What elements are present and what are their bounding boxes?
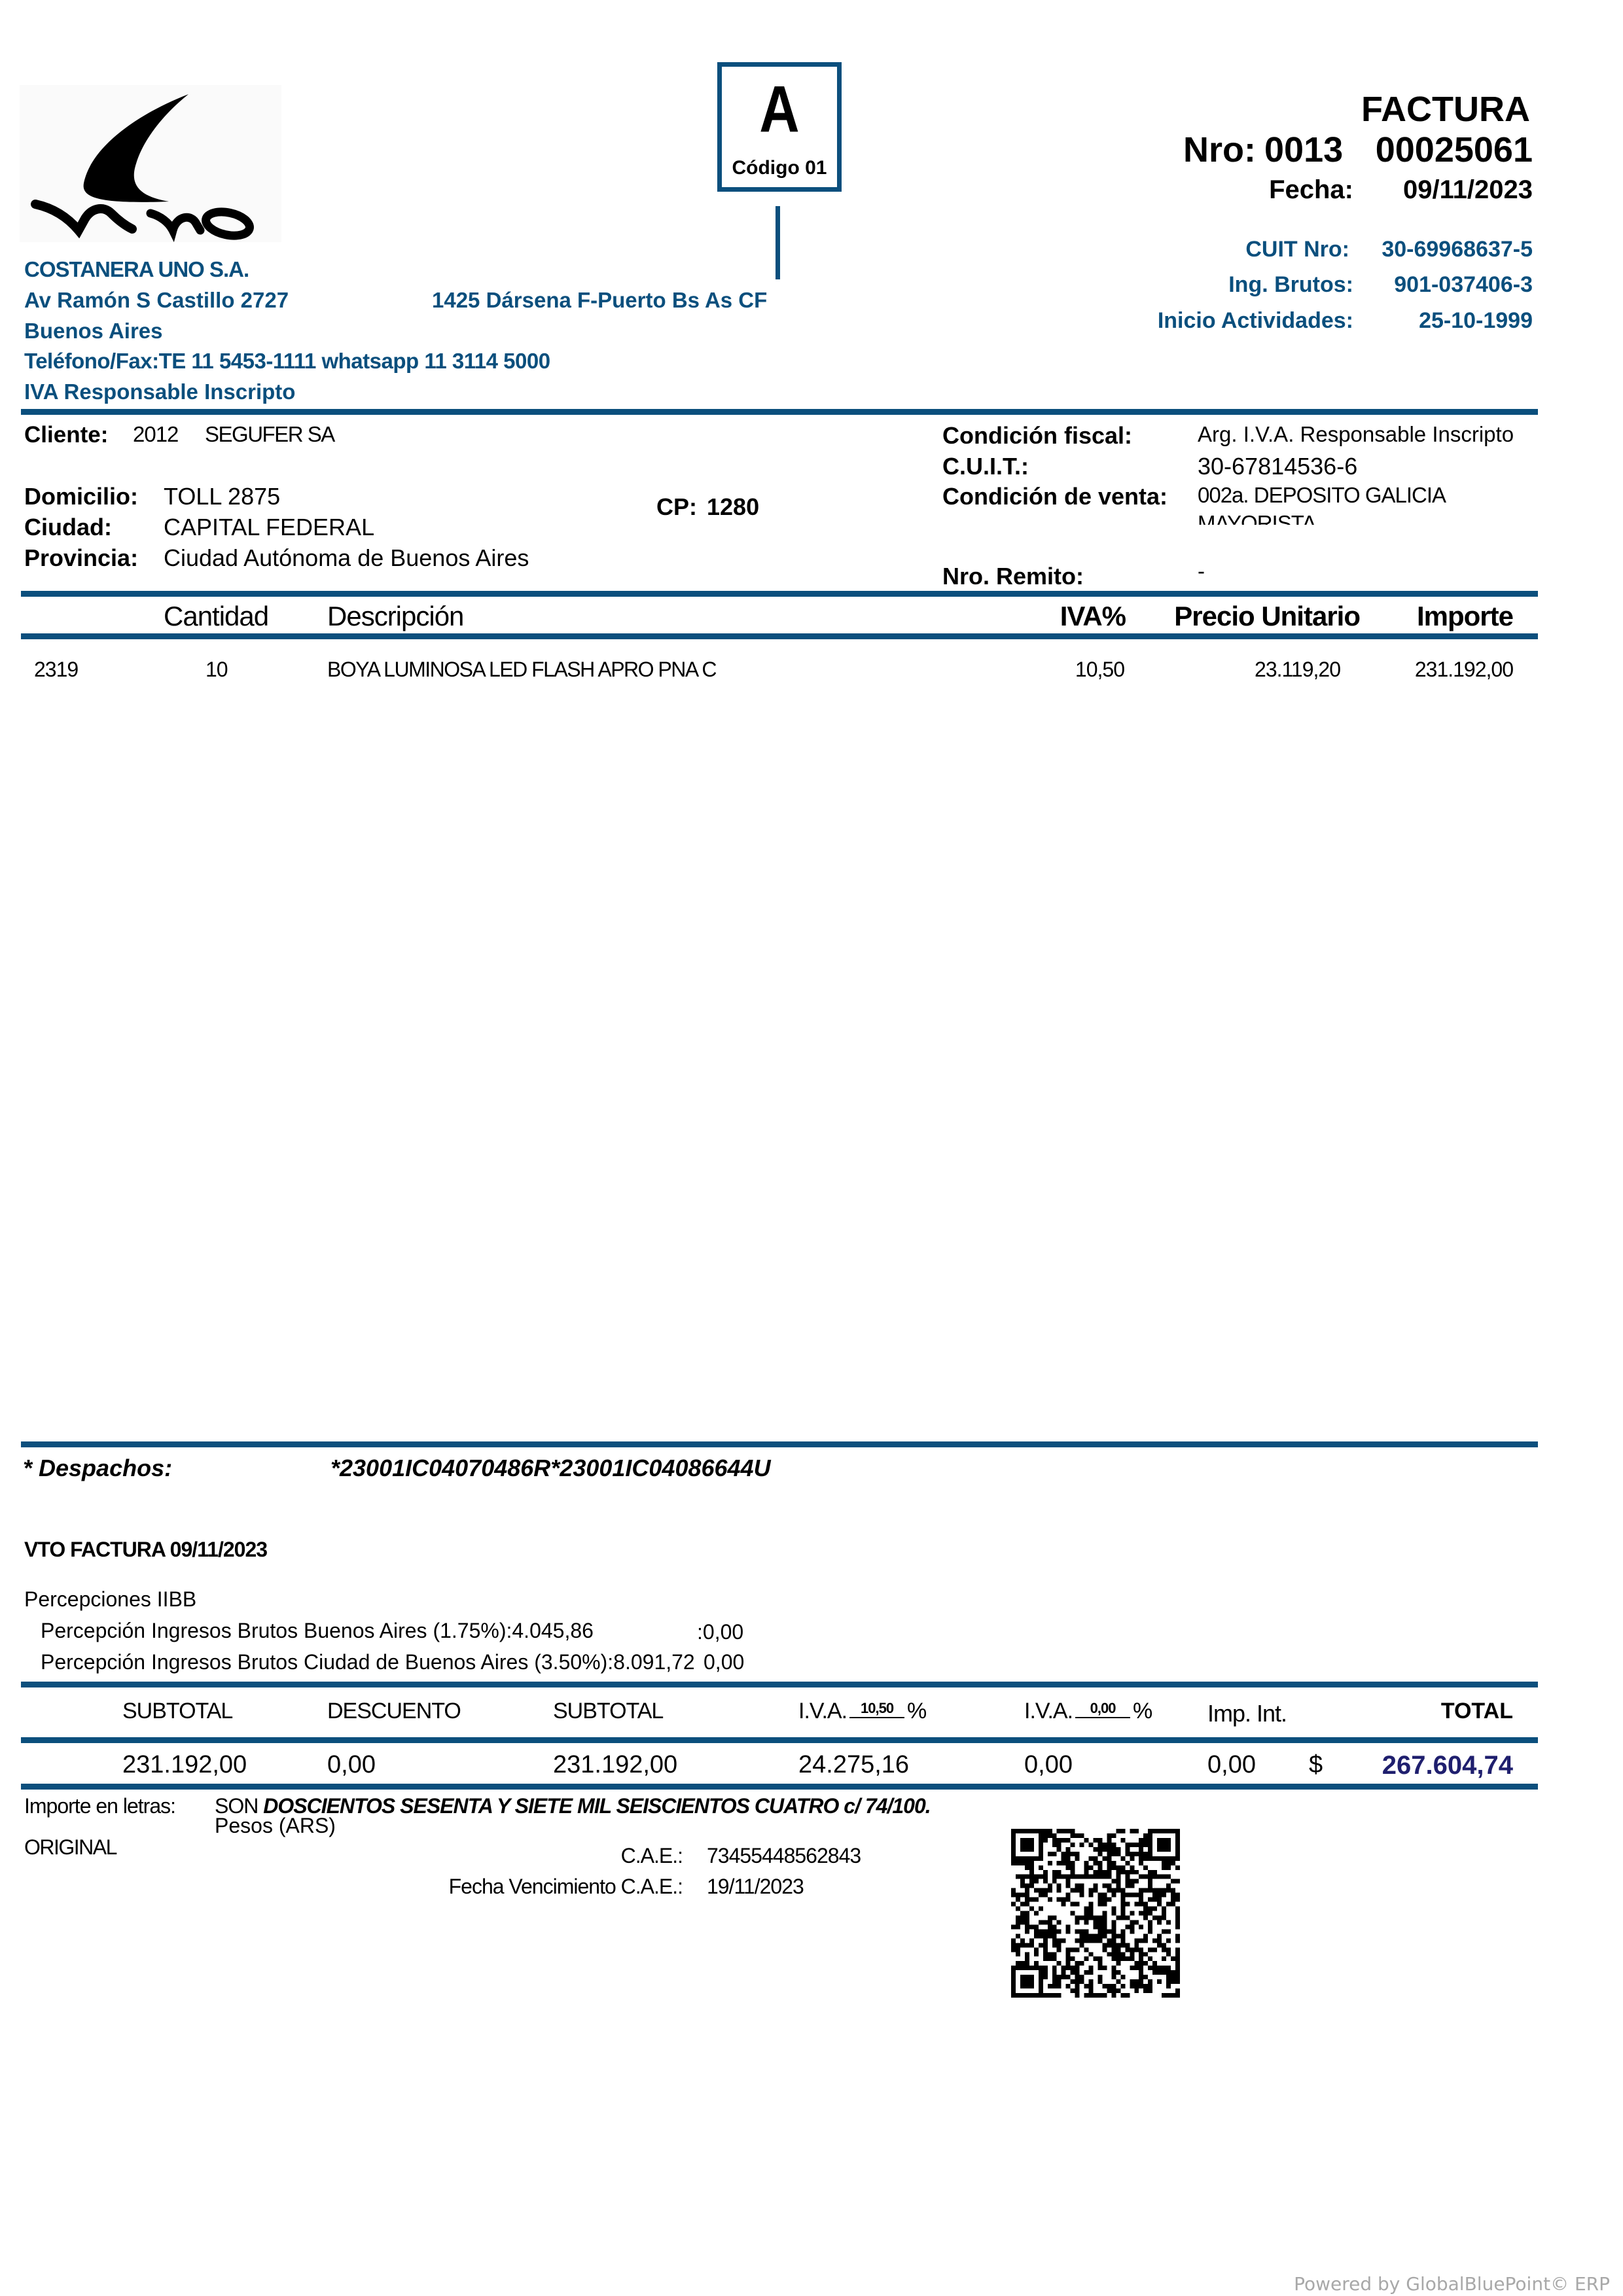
- invoice-date: 09/11/2023: [1403, 175, 1533, 205]
- col-description: Descripción: [327, 601, 463, 632]
- invoice-letter-code: Código 01: [722, 157, 837, 179]
- issuer-iibb: 901-037406-3: [1394, 272, 1533, 298]
- subtotal-value: 231.192,00: [122, 1751, 247, 1779]
- remito-value: -: [1198, 559, 1205, 584]
- total-header: TOTAL: [1441, 1699, 1513, 1724]
- copy-type: ORIGINAL: [24, 1835, 116, 1860]
- client-city: CAPITAL FEDERAL: [164, 514, 374, 541]
- issuer-name: COSTANERA UNO S.A.: [24, 257, 249, 282]
- divider-bar: [21, 591, 1538, 597]
- issuer-tax-condition: IVA Responsable Inscripto: [24, 380, 295, 404]
- issuer-cuit: 30-69968637-5: [1382, 237, 1533, 262]
- powered-by-footer: Powered by GlobalBluePoint© ERP: [1294, 2273, 1610, 2295]
- divider-bar: [21, 1737, 1538, 1743]
- client-cuit-label: C.U.I.T.:: [942, 453, 1029, 480]
- client-cp-label: CP:: [656, 493, 697, 521]
- client-city-label: Ciudad:: [24, 514, 112, 541]
- sale-condition: 002a. DEPOSITO GALICIA: [1198, 483, 1446, 508]
- divider-bar: [21, 1682, 1538, 1687]
- col-amount: Importe: [1417, 601, 1513, 632]
- client-cp: 1280: [707, 493, 759, 521]
- divider-bar: [21, 1441, 1538, 1447]
- sale-condition-label: Condición de venta:: [942, 483, 1168, 510]
- subtotal2-header: SUBTOTAL: [553, 1699, 663, 1724]
- client-code: 2012: [133, 422, 178, 447]
- iva2-percent: %: [1133, 1699, 1152, 1723]
- cae-due-label: Fecha Vencimiento C.A.E.:: [449, 1875, 683, 1899]
- invoice-number: 00025061: [1376, 130, 1533, 170]
- item-iva: 10,50: [1075, 658, 1124, 682]
- col-unit-price: Precio Unitario: [1174, 601, 1360, 632]
- divider-bar: [21, 1784, 1538, 1790]
- company-logo-icon: [20, 85, 281, 242]
- perceptions-title: Percepciones IIBB: [24, 1587, 196, 1612]
- discount-value: 0,00: [327, 1751, 376, 1779]
- iva2-value: 0,00: [1024, 1751, 1073, 1779]
- internal-tax-value: 0,00: [1207, 1751, 1256, 1779]
- divider-bar: [21, 633, 1538, 639]
- fiscal-condition: Arg. I.V.A. Responsable Inscripto: [1198, 422, 1514, 447]
- currency-words: Pesos (ARS): [215, 1814, 336, 1838]
- iva1-label: I.V.A.: [798, 1699, 847, 1723]
- col-quantity: Cantidad: [164, 601, 268, 632]
- internal-tax-header: Imp. Int.: [1207, 1700, 1287, 1727]
- number-label: Nro:: [1183, 130, 1256, 170]
- item-unit-price: 23.119,20: [1255, 658, 1340, 682]
- iva1-percent: %: [907, 1699, 926, 1723]
- total-amount: 267.604,74: [1382, 1751, 1513, 1780]
- client-cuit: 30-67814536-6: [1198, 453, 1357, 480]
- sale-condition-line-2: MAYORISTA: [1198, 510, 1315, 525]
- remito-label: Nro. Remito:: [942, 563, 1084, 590]
- cae-label: C.A.E.:: [621, 1844, 683, 1868]
- perception-line: Percepción Ingresos Brutos Ciudad de Bue…: [41, 1650, 695, 1674]
- discount-header: DESCUENTO: [327, 1699, 461, 1724]
- iva1-rate: 10,50: [849, 1700, 904, 1718]
- perception-line: Percepción Ingresos Brutos Buenos Aires …: [41, 1619, 594, 1643]
- client-name: SEGUFER SA: [205, 422, 334, 447]
- invoice-letter: A: [730, 73, 829, 145]
- client-province: Ciudad Autónoma de Buenos Aires: [164, 544, 529, 572]
- despachos-label: * Despachos:: [23, 1455, 172, 1482]
- subtotal2-value: 231.192,00: [553, 1751, 677, 1779]
- letter-divider: [776, 206, 780, 279]
- col-iva: IVA%: [1060, 601, 1126, 632]
- issuer-iibb-label: Ing. Brutos:: [1228, 272, 1353, 298]
- item-amount: 231.192,00: [1415, 658, 1513, 682]
- issuer-phone: Teléfono/Fax:TE 11 5453-1111 whatsapp 11…: [24, 349, 550, 374]
- iva1-header: I.V.A.10,50%: [798, 1699, 926, 1724]
- iva1-value: 24.275,16: [798, 1751, 909, 1779]
- date-label: Fecha:: [1269, 175, 1353, 205]
- despachos-value: *23001IC04070486R*23001IC04086644U: [330, 1455, 771, 1482]
- client-province-label: Provincia:: [24, 544, 138, 572]
- amount-in-words-label: Importe en letras:: [24, 1794, 175, 1818]
- iva2-header: I.V.A.0,00%: [1024, 1699, 1152, 1724]
- perception-value: 0,00: [704, 1650, 744, 1674]
- iva2-rate: 0,00: [1075, 1700, 1130, 1718]
- issuer-address: Av Ramón S Castillo 2727: [24, 288, 289, 313]
- divider-bar: [21, 409, 1538, 415]
- due-date-note: VTO FACTURA 09/11/2023: [24, 1538, 267, 1562]
- perception-value: :0,00: [697, 1620, 743, 1644]
- subtotal-header: SUBTOTAL: [122, 1699, 232, 1724]
- cae-number: 73455448562843: [707, 1844, 861, 1868]
- sale-condition-overflow: MAYORISTA: [1198, 510, 1315, 525]
- client-address-label: Domicilio:: [24, 483, 138, 510]
- document-type-title: FACTURA: [1361, 89, 1530, 130]
- issuer-city: Buenos Aires: [24, 319, 163, 344]
- iva2-label: I.V.A.: [1024, 1699, 1073, 1723]
- qr-code-icon: [1011, 1829, 1180, 1998]
- amount-words-text: DOSCIENTOS SESENTA Y SIETE MIL SEISCIENT…: [263, 1794, 930, 1818]
- item-quantity: 10: [205, 658, 228, 682]
- point-of-sale: 0013: [1264, 130, 1343, 170]
- client-label: Cliente:: [24, 422, 108, 448]
- invoice-letter-box: A Código 01: [717, 62, 842, 192]
- fiscal-condition-label: Condición fiscal:: [942, 422, 1132, 450]
- issuer-start-date: 25-10-1999: [1419, 308, 1533, 334]
- cae-due-date: 19/11/2023: [707, 1875, 804, 1899]
- currency-symbol: $: [1309, 1751, 1323, 1779]
- issuer-start-label: Inicio Actividades:: [1158, 308, 1353, 334]
- issuer-address-2: 1425 Dársena F-Puerto Bs As CF: [432, 288, 767, 313]
- item-description: BOYA LUMINOSA LED FLASH APRO PNA C: [327, 658, 716, 682]
- item-code: 2319: [34, 658, 78, 682]
- client-address: TOLL 2875: [164, 483, 280, 510]
- issuer-cuit-label: CUIT Nro:: [1245, 237, 1349, 262]
